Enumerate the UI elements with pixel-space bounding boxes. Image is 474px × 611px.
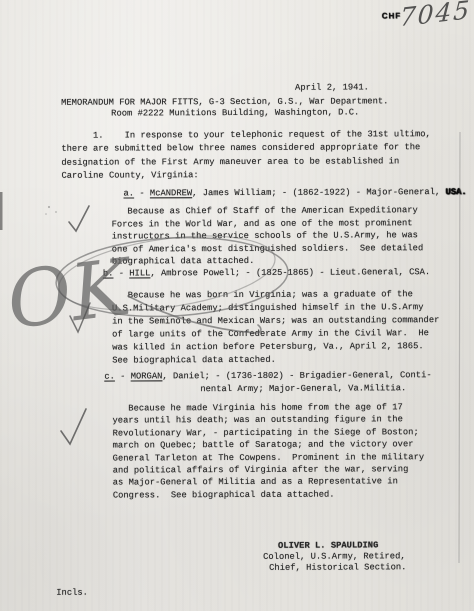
entry-a-heading: a. - McANDREW, James William; - (1862-19… (123, 186, 466, 200)
entry-c-body: Because he made Virginia his home from t… (112, 401, 424, 502)
entry-b-name: HILL (129, 268, 150, 278)
memo-heading-line2: Room #2222 Munitions Building, Washingto… (111, 106, 359, 120)
entry-c-details: , Daniel; - (1736-1802) - Brigadier-Gene… (162, 370, 431, 381)
entry-b-details: , Ambrose Powell; - (1825-1865) - Lieut.… (150, 267, 430, 278)
signature-title: Chief, Historical Section. (269, 561, 406, 574)
entry-c-heading: c. - MORGAN, Daniel; - (1736-1802) - Bri… (104, 369, 431, 383)
entry-c-heading-line2: nental Army; Major-General, Va.Militia. (200, 382, 406, 396)
entry-b-heading: b. - HILL, Ambrose Powell; - (1825-1865)… (103, 266, 430, 280)
chf-stamp: CHF (382, 11, 401, 20)
entry-b-body: Because he was born in Virginia; was a g… (112, 288, 440, 367)
entry-a-name: McANDREW (150, 188, 192, 198)
memo-content: CHF 7045 April 2, 1941. MEMORANDUM FOR M… (0, 0, 474, 611)
entry-b-separator: - (113, 268, 129, 278)
memo-document: CHF 7045 April 2, 1941. MEMORANDUM FOR M… (0, 0, 474, 611)
entry-a-body: Because as Chief of Staff of the America… (112, 204, 424, 268)
entry-a-label: a. (123, 188, 134, 198)
handwritten-file-number: 7045 (399, 0, 472, 32)
intro-paragraph: 1. In response to your telephonic reques… (61, 128, 431, 183)
entry-c-label: c. (104, 372, 115, 382)
entry-a-details: , James William; - (1862-1922) - Major-G… (192, 187, 445, 198)
date-line: April 2, 1941. (295, 81, 369, 94)
entry-c-name: MORGAN (131, 371, 163, 381)
entry-b-label: b. (103, 269, 114, 279)
enclosure-note: Incls. (56, 587, 88, 600)
entry-c-separator: - (115, 371, 131, 381)
entry-a-branch: USA. (446, 187, 467, 197)
entry-a-separator: - (134, 188, 150, 198)
